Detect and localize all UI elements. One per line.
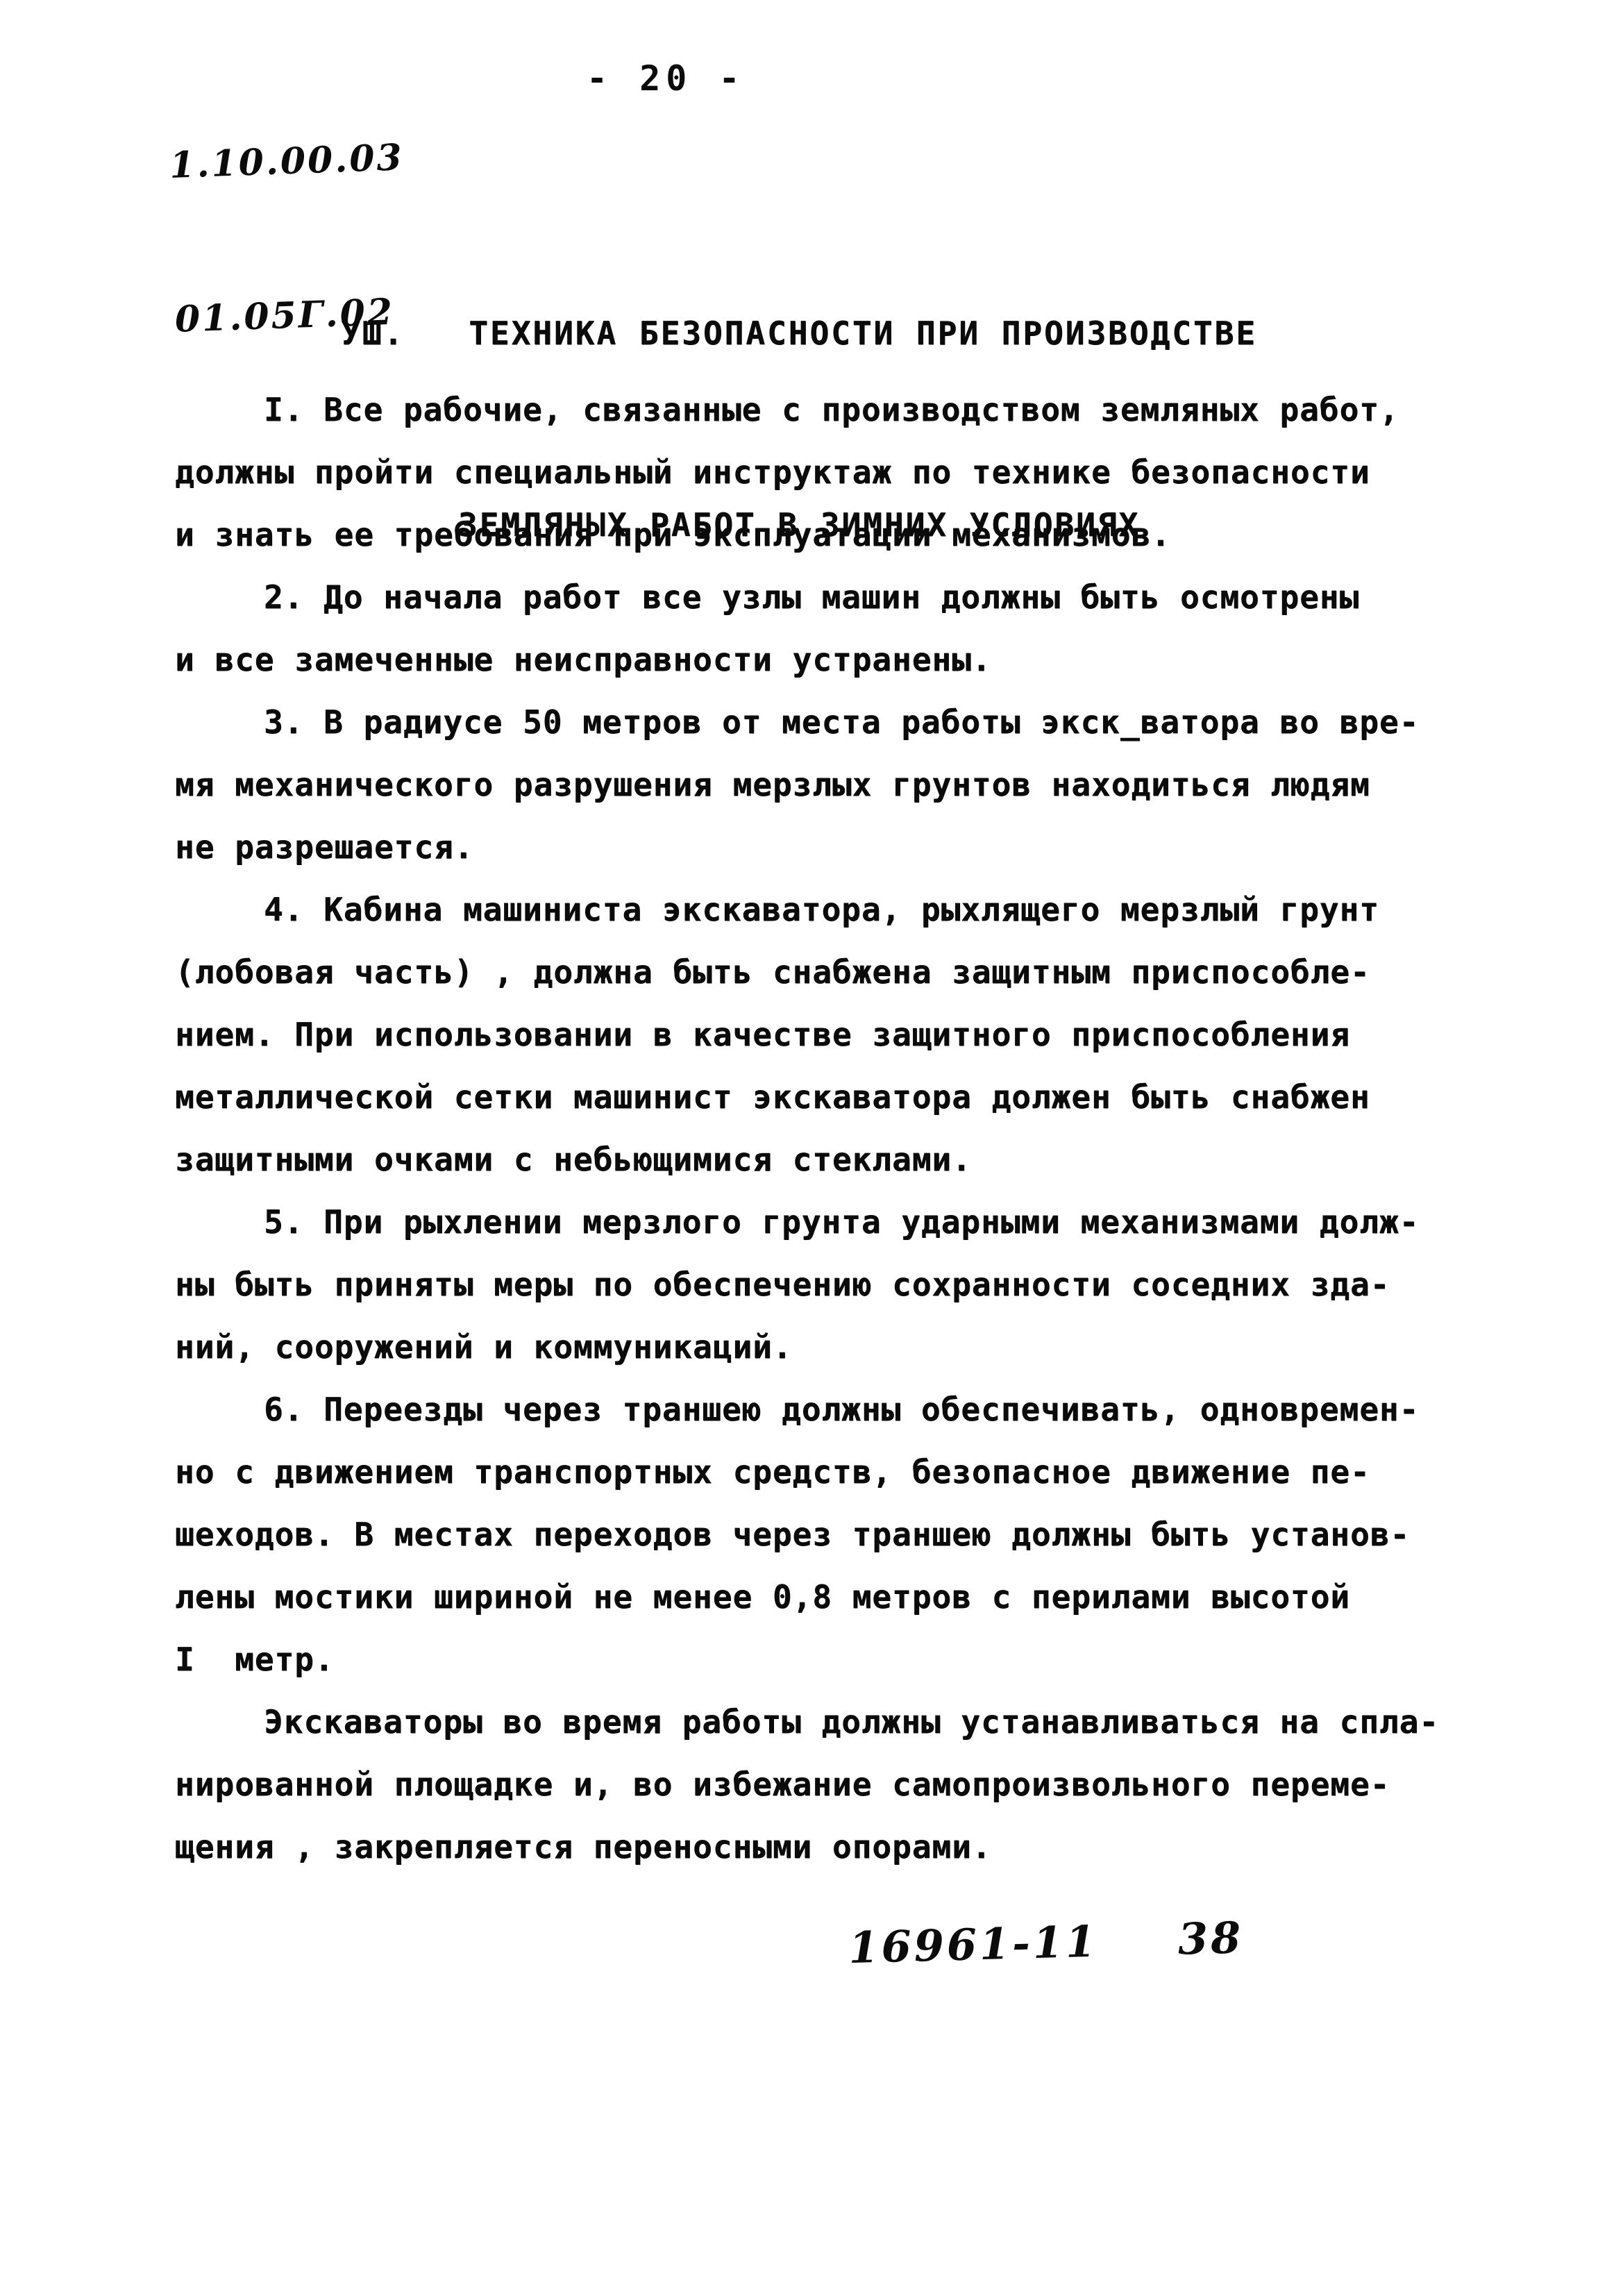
footer-number: 38: [1177, 1912, 1244, 1964]
page-number: - 20 -: [587, 58, 746, 99]
document-page: 1.10.00.03 01.05Г.02 - 20 - УШ. ТЕХНИКА …: [0, 0, 1598, 2296]
body-line: Экскаваторы во время работы должны устан…: [175, 1691, 1435, 1753]
body-line: нием. При использовании в качестве защит…: [175, 1003, 1435, 1066]
body-line: (лобовая часть) , должна быть снабжена з…: [175, 941, 1435, 1003]
body-line: должны пройти специальный инструктаж по …: [175, 441, 1435, 503]
body-line: защитными очками с небьющимися стеклами.: [175, 1128, 1435, 1191]
body-line: и знать ее требования при эксплуатации м…: [175, 503, 1435, 566]
body-line: нированной площадке и, во избежание само…: [175, 1753, 1435, 1816]
body-line: ны быть приняты меры по обеспечению сохр…: [175, 1253, 1435, 1316]
body-line: 4. Кабина машиниста экскаватора, рыхляще…: [175, 878, 1435, 941]
body-line: металлической сетки машинист экскаватора…: [175, 1066, 1435, 1128]
body-line: 2. До начала работ все узлы машин должны…: [175, 566, 1435, 628]
body-line: щения , закрепляется переносными опорами…: [175, 1816, 1435, 1878]
document-body: I. Все рабочие, связанные с производство…: [175, 378, 1435, 1878]
section-title-line1: УШ. ТЕХНИКА БЕЗОПАСНОСТИ ПРИ ПРОИЗВОДСТВ…: [0, 301, 1598, 365]
body-line: не разрешается.: [175, 816, 1435, 878]
body-line: но с движением транспортных средств, без…: [175, 1441, 1435, 1503]
footer-code: 16961-11: [848, 1916, 1099, 1973]
body-line: и все замеченные неисправности устранены…: [175, 628, 1435, 691]
body-line: лены мостики шириной не менее 0,8 метров…: [175, 1566, 1435, 1628]
body-line: I. Все рабочие, связанные с производство…: [175, 378, 1435, 441]
body-line: 3. В радиусе 50 метров от места работы э…: [175, 691, 1435, 753]
body-line: ний, сооружений и коммуникаций.: [175, 1316, 1435, 1378]
body-line: мя механического разрушения мерзлых грун…: [175, 753, 1435, 816]
handwritten-footer: 16961-1138: [775, 1861, 1245, 2025]
body-line: 6. Переезды через траншею должны обеспеч…: [175, 1378, 1435, 1441]
body-line: I метр.: [175, 1628, 1435, 1691]
body-line: 5. При рыхлении мерзлого грунта ударными…: [175, 1191, 1435, 1253]
body-line: шеходов. В местах переходов через транше…: [175, 1503, 1435, 1566]
